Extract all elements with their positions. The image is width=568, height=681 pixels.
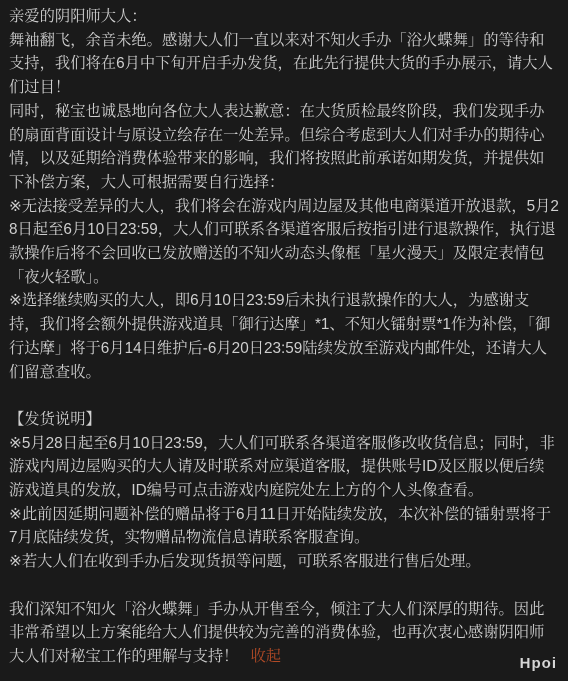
blank-line (9, 574, 559, 598)
paragraph-refund-option: ※无法接受差异的大人，我们将会在游戏内周边屋及其他电商渠道开放退款，5月28日起… (9, 195, 559, 290)
paragraph-intro: 舞袖翻飞，余音未绝。感谢大人们一直以来对不知火手办「浴火蝶舞」的等待和支持，我们… (9, 29, 559, 100)
paragraph-apology: 同时，秘宝也诚恳地向各位大人表达歉意：在大货质检最终阶段，我们发现手办的扇面背面… (9, 100, 559, 195)
greeting-line: 亲爱的阴阳师大人： (9, 5, 559, 29)
hpoi-watermark: Hpoi (520, 655, 557, 672)
shipping-item-compensation-schedule: ※此前因延期问题补偿的赠品将于6月11日开始陆续发放，本次补偿的镭射票将于7月底… (9, 503, 559, 550)
closing-paragraph: 我们深知不知火「浴火蝶舞」手办从开售至今，倾注了大人们深厚的期待。因此非常希望以… (9, 598, 559, 669)
shipping-item-after-sales: ※若大人们在收到手办后发现货损等问题，可联系客服进行售后处理。 (9, 550, 559, 574)
collapse-link[interactable]: 收起 (250, 648, 281, 665)
announcement-body: 亲爱的阴阳师大人： 舞袖翻飞，余音未绝。感谢大人们一直以来对不知火手办「浴火蝶舞… (0, 0, 568, 669)
announcement-page: { "page": { "background_color": "#1a1a1a… (0, 0, 568, 681)
shipping-item-address-change: ※5月28日起至6月10日23:59，大人们可联系各渠道客服修改收货信息；同时，… (9, 432, 559, 503)
shipping-section-heading: 【发货说明】 (9, 408, 559, 432)
blank-line (9, 384, 559, 408)
paragraph-keep-option: ※选择继续购买的大人，即6月10日23:59后未执行退款操作的大人，为感谢支持，… (9, 289, 559, 384)
